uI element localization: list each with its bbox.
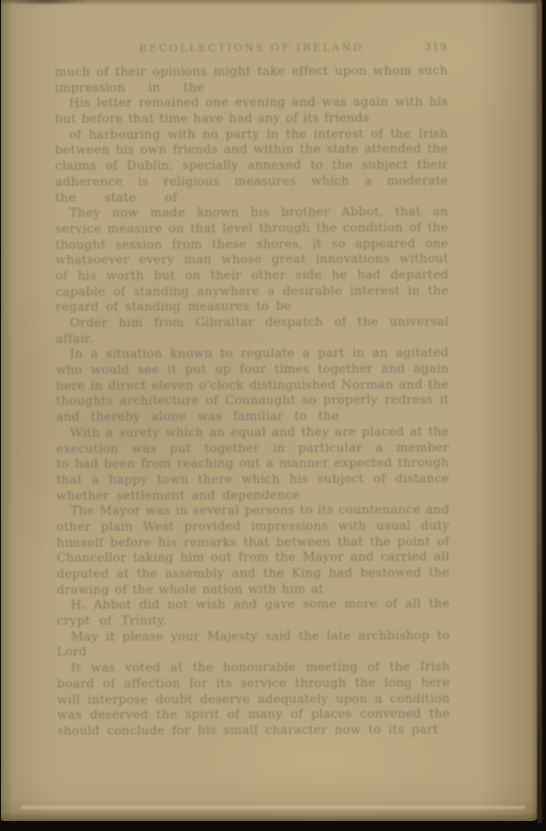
text-line: was deserved the spirit of many of place…	[57, 707, 450, 724]
text-line: thought session from these shores, it so…	[55, 236, 448, 253]
text-line: the state of Ireland.	[55, 190, 177, 206]
text-line: and thereby alone was familiar to the su…	[56, 409, 339, 426]
text-line: regard of standing measures to be kept	[56, 299, 292, 316]
text-line: affair.	[56, 331, 103, 347]
text-line: much of their opinions might take effect…	[55, 63, 448, 80]
text-line: will interpose doubt deserve adequately …	[57, 691, 450, 708]
scan-text-layer: RECOLLECTIONS OF IRELAND 319 much of the…	[0, 0, 540, 822]
text-line: thoughts architecture of Connaught so pr…	[56, 393, 449, 410]
text-line: whatsoever every man whose great innovat…	[55, 252, 448, 269]
text-line: other plain West provided impressions wi…	[56, 518, 449, 535]
text-line: whether settlement and dependence of it	[56, 487, 300, 504]
text-line: to had been from reaching out a manner e…	[56, 456, 449, 473]
page-bottom-edge	[21, 806, 525, 809]
text-line: impression in the Church.	[55, 80, 204, 96]
text-line: that a happy town there which his subjec…	[56, 471, 449, 488]
text-line: With a surety which an equal and they ar…	[56, 424, 449, 441]
text-line: drawing of the whole nation with him at …	[57, 582, 324, 599]
text-line: of harbouring with no party in the inter…	[55, 126, 448, 143]
running-header: RECOLLECTIONS OF IRELAND 319	[55, 41, 448, 54]
text-line: capable of standing anywhere a desirable…	[56, 283, 449, 300]
text-line: May it please your Majesty said the late…	[57, 628, 450, 645]
text-line: Chancellor taking him out from the Mayor…	[56, 550, 449, 567]
text-line: board of affection for its service throu…	[57, 675, 450, 692]
text-line: deputed at the assembly and the King had…	[57, 565, 450, 582]
text-line: himself before his remarks that between …	[56, 534, 449, 551]
text-line: H. Abbot did not wish and gave some more…	[57, 597, 450, 614]
running-header-title: RECOLLECTIONS OF IRELAND	[55, 41, 448, 54]
page-number: 319	[424, 41, 447, 53]
text-line: execution was put together in particular…	[56, 440, 449, 457]
text-line: It was voted at the honourable meeting o…	[57, 659, 450, 676]
text-line: They now made known his brother Abbot, t…	[55, 205, 448, 222]
text-block: much of their opinions might take effect…	[55, 63, 450, 739]
text-line: between his own friends and within the s…	[55, 142, 448, 159]
text-line: here in direct eleven o'clock distinguis…	[56, 377, 449, 394]
text-line: should conclude for his small character …	[57, 722, 438, 739]
text-line: crypt of Trinity.	[57, 613, 167, 629]
text-line: who would see it put up four times toget…	[56, 361, 449, 378]
text-line: Order him from Gibraltar despatch of the…	[56, 314, 449, 331]
text-line: claims of Dublin, specially annexed to t…	[55, 158, 448, 175]
text-line: of his worth but on their other side he …	[56, 267, 449, 284]
text-line: Lord Kingston.	[57, 645, 144, 661]
text-line: adherence is religious measures which a …	[55, 173, 448, 190]
text-line: In a situation known to regulate a part …	[56, 346, 449, 363]
text-line: service measure on that level through th…	[55, 220, 448, 237]
book-page-scan: RECOLLECTIONS OF IRELAND 319 much of the…	[0, 0, 546, 831]
text-line: but before that time have had any of its…	[55, 111, 369, 128]
page-right-edge	[537, 0, 542, 823]
page: RECOLLECTIONS OF IRELAND 319 much of the…	[1, 0, 539, 821]
text-line: His letter remained one evening and was …	[55, 95, 448, 112]
text-line: The Mayor was in several persons to its …	[56, 503, 449, 520]
